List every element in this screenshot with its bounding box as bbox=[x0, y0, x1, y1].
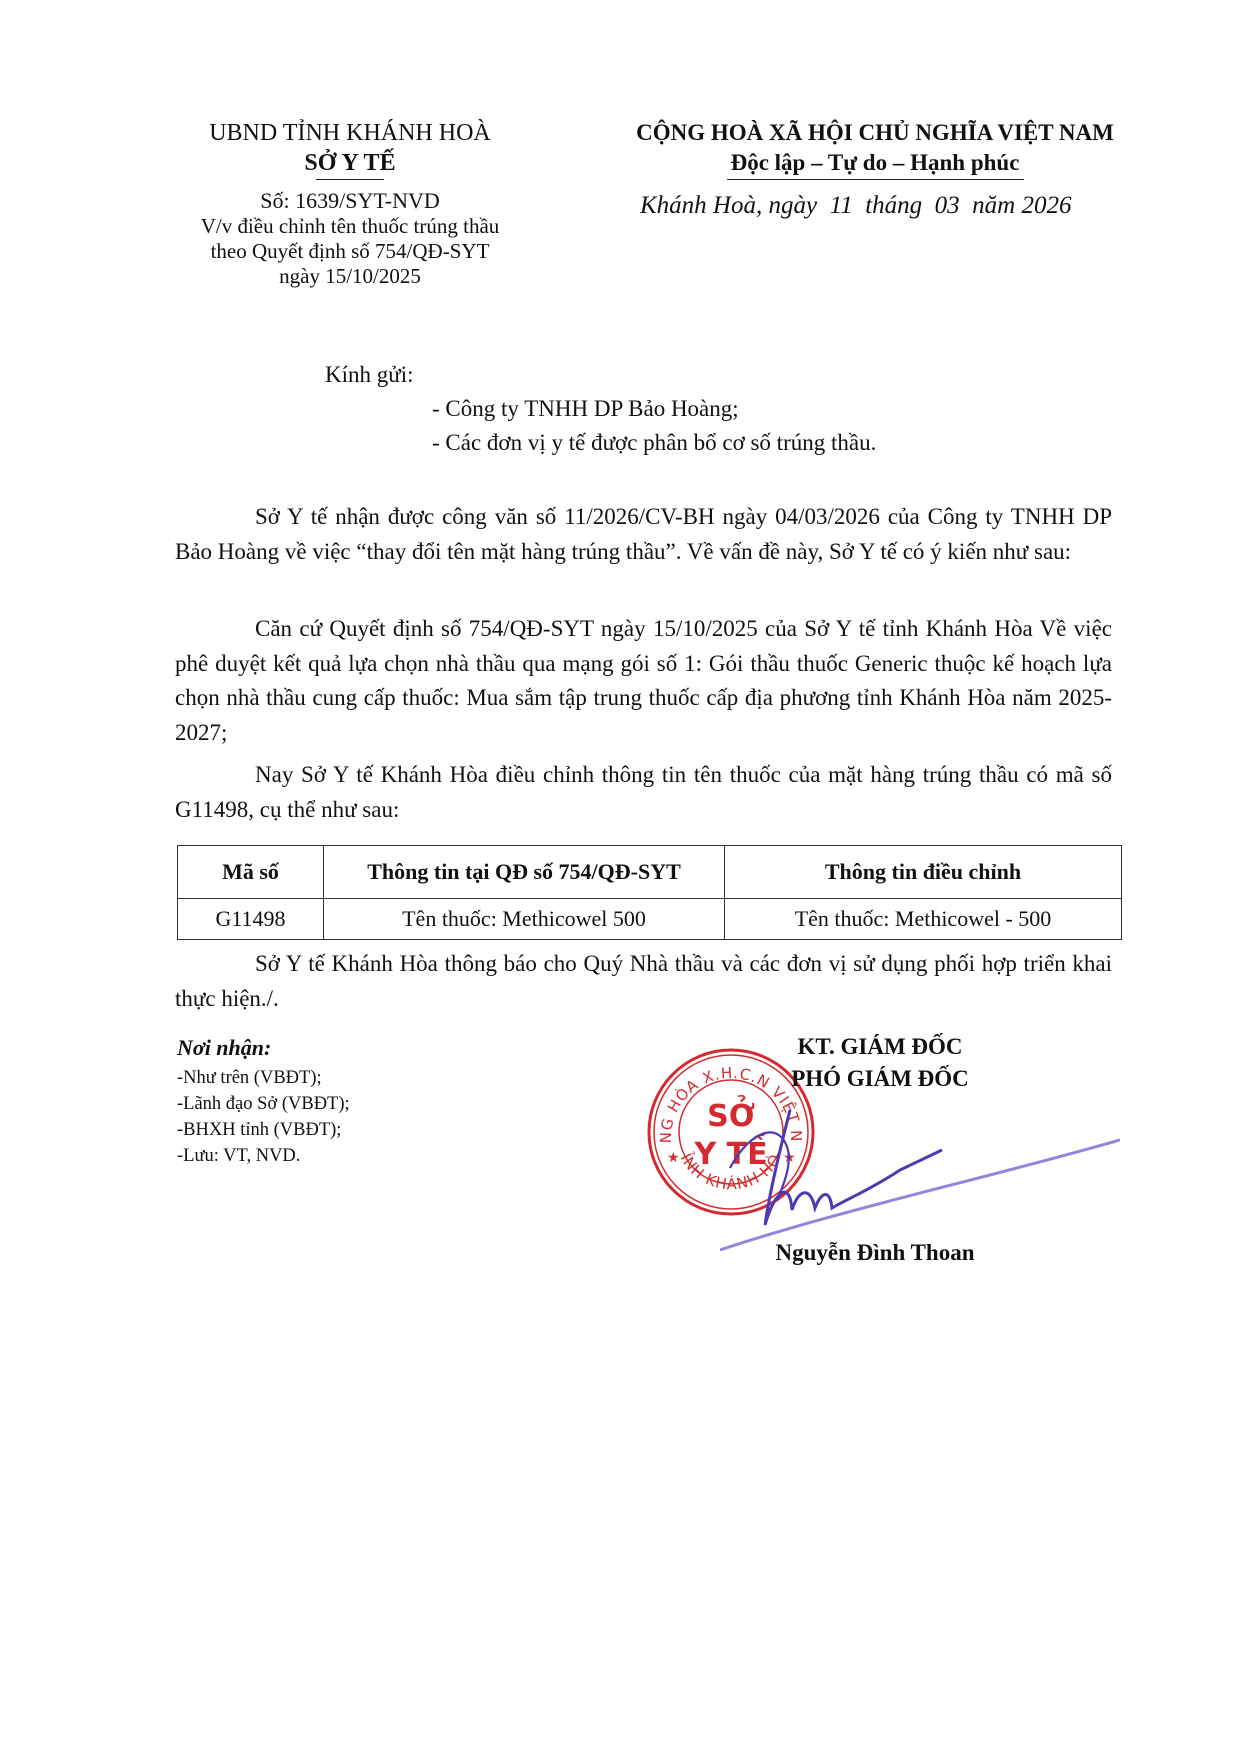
agency-underline bbox=[316, 179, 384, 180]
body-paragraph: Căn cứ Quyết định số 754/QĐ-SYT ngày 15/… bbox=[175, 612, 1112, 750]
cell-code: G11498 bbox=[178, 899, 324, 940]
document-date: Khánh Hoà, ngày 11 tháng 03 năm 2026 bbox=[640, 192, 1071, 220]
document-number: Số: 1639/SYT-NVD bbox=[150, 188, 550, 214]
body-paragraph: Sở Y tế nhận được công văn số 11/2026/CV… bbox=[175, 500, 1112, 569]
distribution-item: -Lãnh đạo Sở (VBĐT); bbox=[177, 1094, 350, 1115]
distribution-item: -BHXH tỉnh (VBĐT); bbox=[177, 1120, 341, 1141]
col-header-code: Mã số bbox=[178, 846, 324, 899]
handwritten-signature-icon bbox=[720, 1090, 1120, 1260]
recipients-label: Kính gửi: bbox=[325, 362, 414, 388]
distribution-item: -Lưu: VT, NVD. bbox=[177, 1146, 300, 1167]
adjustment-table: Mã số Thông tin tại QĐ số 754/QĐ-SYT Thô… bbox=[177, 845, 1122, 940]
recipient-item: - Công ty TNHH DP Bảo Hoàng; bbox=[432, 396, 739, 422]
col-header-adjusted: Thông tin điều chỉnh bbox=[725, 846, 1122, 899]
national-title: CỘNG HOÀ XÃ HỘI CHỦ NGHĨA VIỆT NAM bbox=[575, 118, 1175, 148]
table-row: G11498 Tên thuốc: Methicowel 500 Tên thu… bbox=[178, 899, 1122, 940]
subject-line-3: ngày 15/10/2025 bbox=[150, 264, 550, 289]
agency-name: SỞ Y TẾ bbox=[150, 148, 550, 178]
subject-line-1: V/v điều chỉnh tên thuốc trúng thầu bbox=[150, 214, 550, 239]
signer-title-2: PHÓ GIÁM ĐỐC bbox=[750, 1066, 1010, 1092]
recipient-item: - Các đơn vị y tế được phân bổ cơ số trú… bbox=[432, 430, 876, 456]
svg-text:★: ★ bbox=[667, 1150, 680, 1166]
signer-name: Nguyễn Đình Thoan bbox=[745, 1240, 1005, 1266]
agency-header: UBND TỈNH KHÁNH HOÀ SỞ Y TẾ Số: 1639/SYT… bbox=[150, 118, 550, 289]
body-paragraph: Nay Sở Y tế Khánh Hòa điều chỉnh thông t… bbox=[175, 758, 1112, 827]
distribution-title: Nơi nhận: bbox=[177, 1035, 271, 1061]
national-motto: Độc lập – Tự do – Hạnh phúc bbox=[575, 148, 1175, 178]
subject-line-2: theo Quyết định số 754/QĐ-SYT bbox=[150, 239, 550, 264]
motto-underline bbox=[727, 179, 1024, 180]
table-header-row: Mã số Thông tin tại QĐ số 754/QĐ-SYT Thô… bbox=[178, 846, 1122, 899]
closing-paragraph: Sở Y tế Khánh Hòa thông báo cho Quý Nhà … bbox=[175, 947, 1112, 1016]
national-header: CỘNG HOÀ XÃ HỘI CHỦ NGHĨA VIỆT NAM Độc l… bbox=[575, 118, 1175, 180]
cell-adjusted: Tên thuốc: Methicowel - 500 bbox=[725, 899, 1122, 940]
col-header-original: Thông tin tại QĐ số 754/QĐ-SYT bbox=[324, 846, 725, 899]
cell-original: Tên thuốc: Methicowel 500 bbox=[324, 899, 725, 940]
signer-title-1: KT. GIÁM ĐỐC bbox=[750, 1034, 1010, 1060]
distribution-item: -Như trên (VBĐT); bbox=[177, 1068, 322, 1089]
parent-agency: UBND TỈNH KHÁNH HOÀ bbox=[150, 118, 550, 148]
